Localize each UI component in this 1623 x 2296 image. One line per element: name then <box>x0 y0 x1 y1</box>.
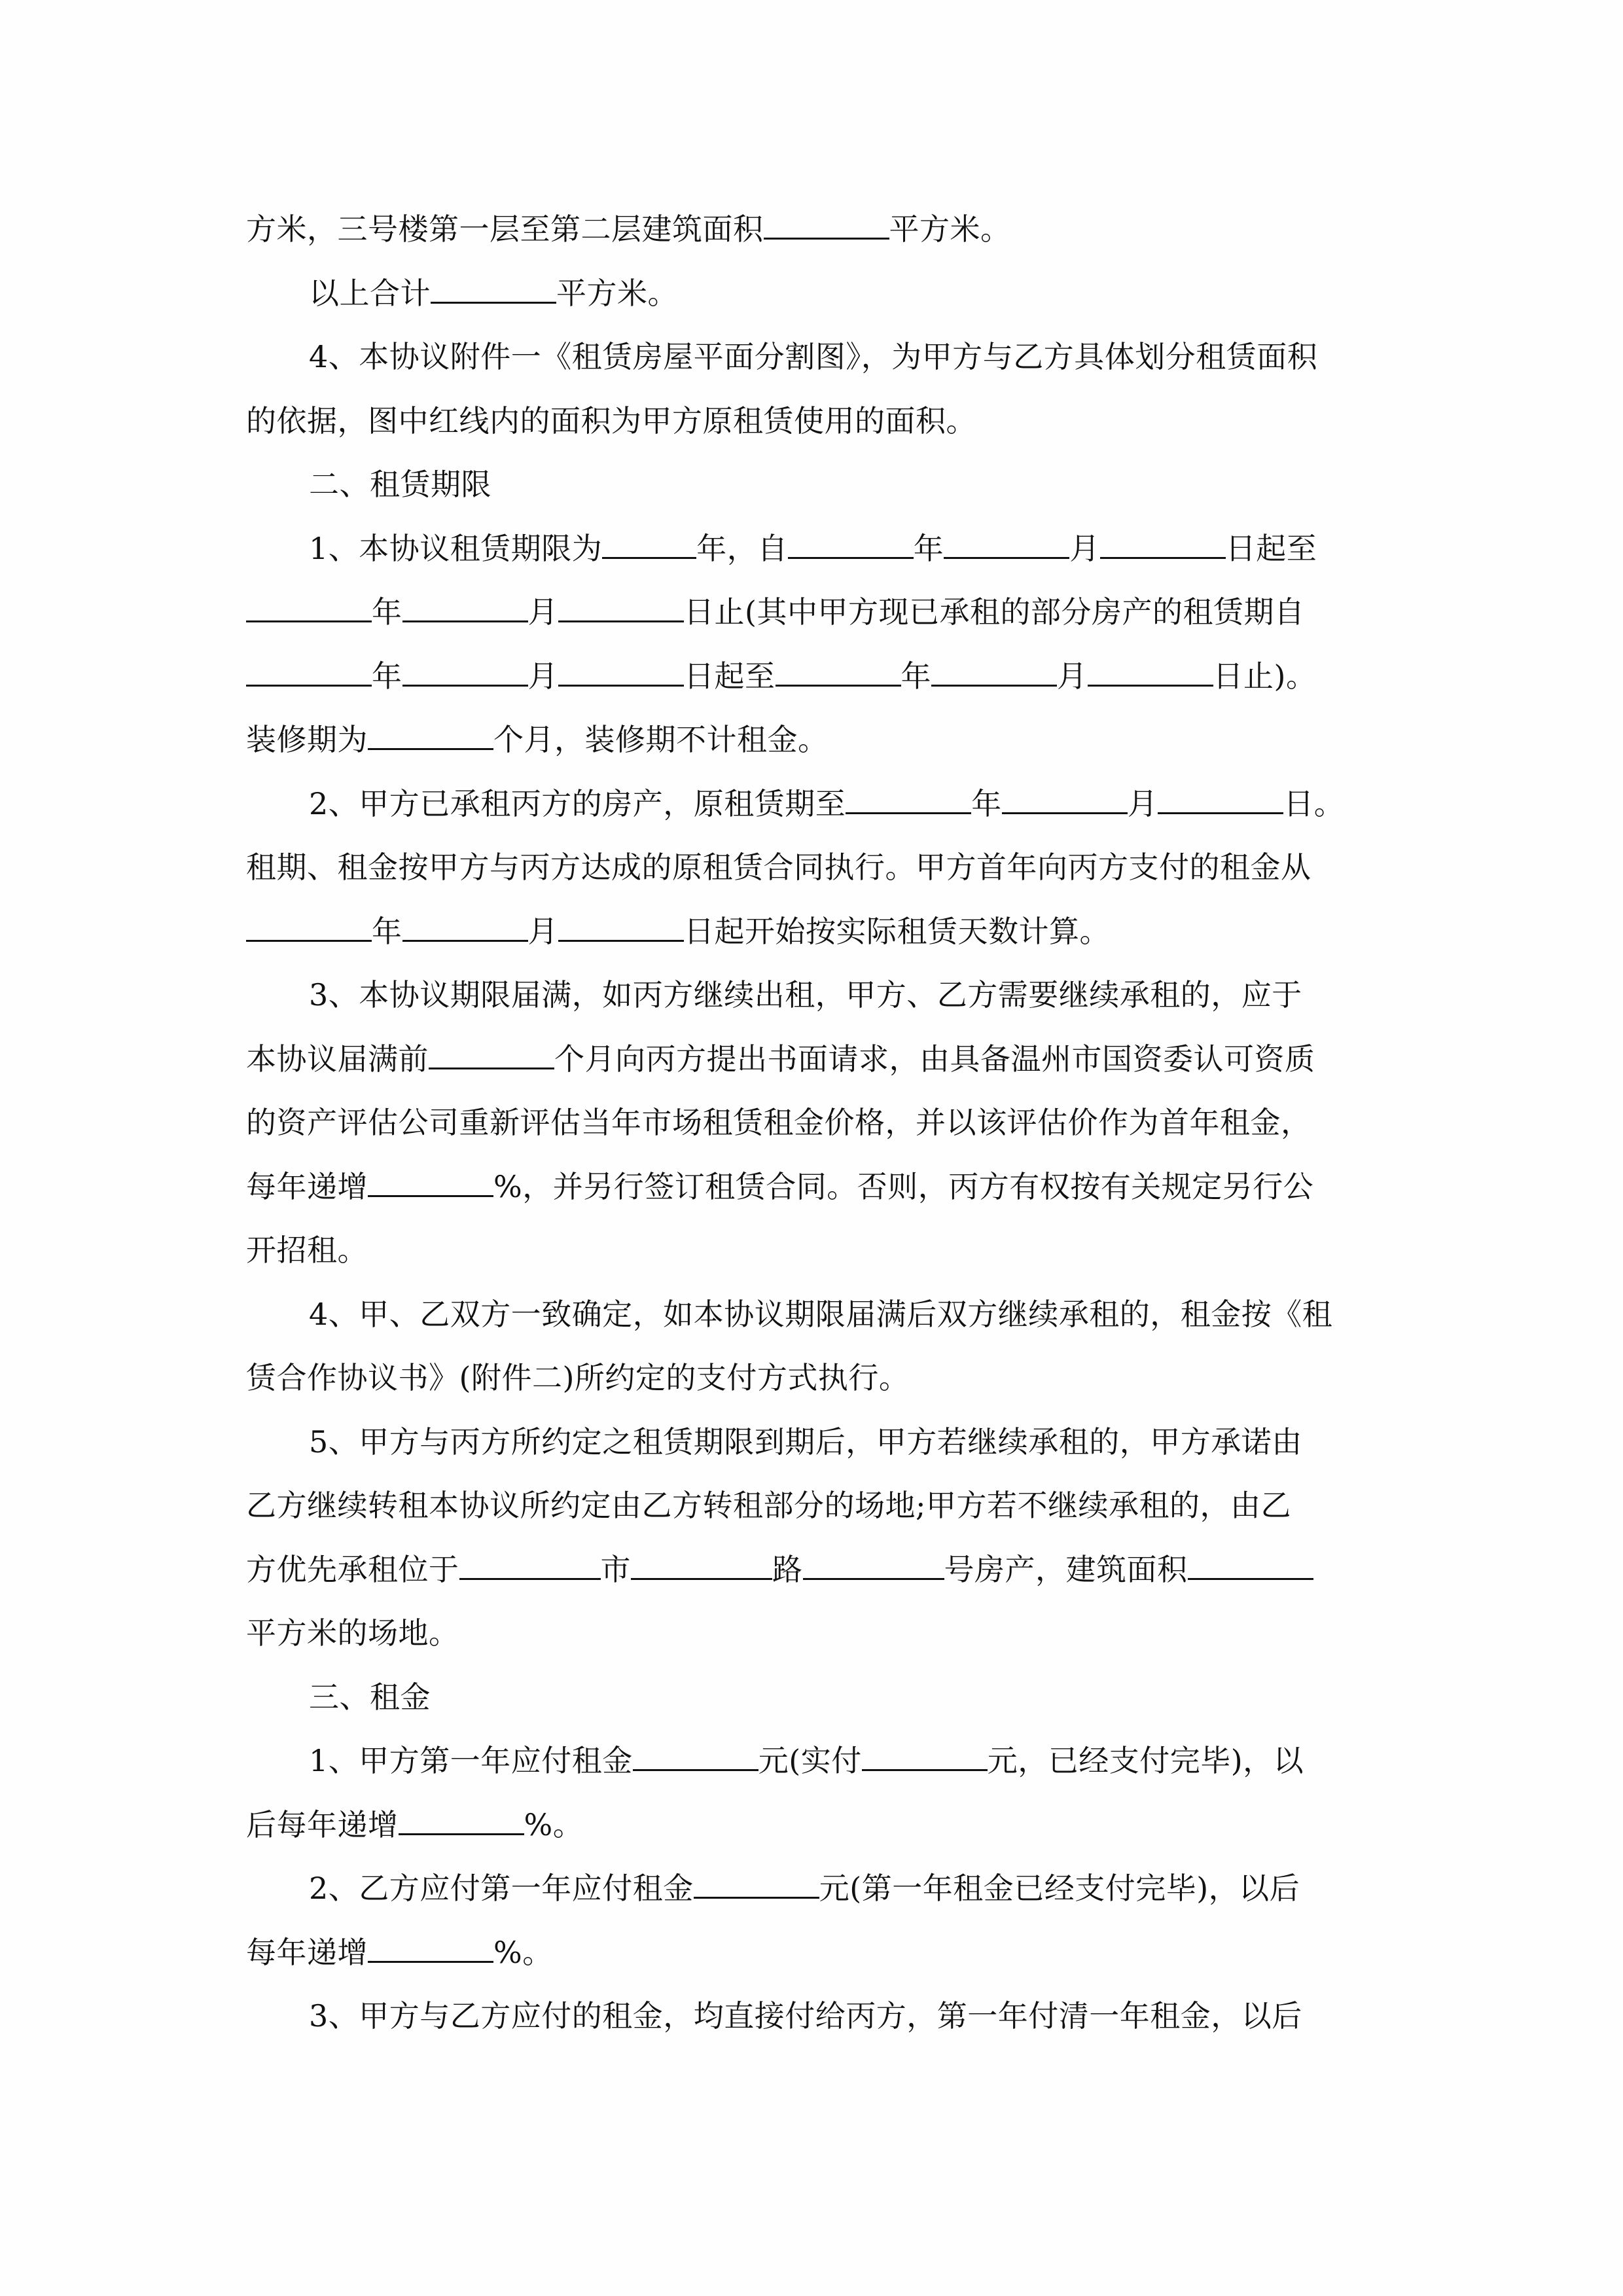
fill-in-blank[interactable] <box>399 1809 524 1835</box>
text-segment: 后每年递增 <box>246 1805 399 1844</box>
text-segment: 市 <box>601 1550 632 1589</box>
text-segment: 月 <box>528 592 559 632</box>
text-line: 3、本协议期限届满，如丙方继续出租，甲方、乙方需要继续承租的，应于 <box>309 975 1448 1014</box>
text-segment: 年，自 <box>696 529 788 568</box>
text-segment: 日。 <box>1283 784 1344 823</box>
fill-in-blank[interactable] <box>402 916 528 942</box>
fill-in-blank[interactable] <box>246 916 372 942</box>
text-line: 年月日起开始按实际租赁天数计算。 <box>246 912 1385 951</box>
text-segment: 日起至 <box>1226 529 1317 568</box>
text-segment: 的资产评估公司重新评估当年市场租赁租金价格，并以该评估价作为首年租金， <box>246 1103 1311 1142</box>
text-segment: 方米，三号楼第一层至第二层建筑面积 <box>246 209 764 249</box>
fill-in-blank[interactable] <box>558 660 684 687</box>
fill-in-blank[interactable] <box>1158 788 1283 814</box>
text-line: 5、甲方与丙方所约定之租赁期限到期后，甲方若继续承租的，甲方承诺由 <box>309 1422 1448 1462</box>
text-line: 方米，三号楼第一层至第二层建筑面积平方米。 <box>246 209 1385 249</box>
text-segment: 元，已经支付完毕)，以 <box>988 1741 1304 1780</box>
fill-in-blank[interactable] <box>1100 533 1226 559</box>
fill-in-blank[interactable] <box>631 1554 772 1580</box>
text-line: 1、甲方第一年应付租金元(实付元，已经支付完毕)，以 <box>309 1741 1448 1780</box>
fill-in-blank[interactable] <box>1088 660 1213 687</box>
text-line: 1、本协议租赁期限为年，自年月日起至 <box>309 529 1448 568</box>
text-segment: 号房产，建筑面积 <box>944 1550 1188 1589</box>
text-line: 以上合计平方米。 <box>309 274 1448 313</box>
text-line: 的依据，图中红线内的面积为甲方原租赁使用的面积。 <box>246 401 1385 440</box>
text-segment: 年 <box>901 656 932 696</box>
text-line: 2、乙方应付第一年应付租金元(第一年租金已经支付完毕)，以后 <box>309 1869 1448 1908</box>
text-segment: 年 <box>971 784 1002 823</box>
text-segment: 三、租金 <box>309 1677 431 1717</box>
text-segment: 日起开始按实际租赁天数计算。 <box>684 912 1110 951</box>
text-segment: 年 <box>372 912 402 951</box>
fill-in-blank[interactable] <box>402 596 528 622</box>
fill-in-blank[interactable] <box>633 1745 758 1771</box>
fill-in-blank[interactable] <box>459 1554 601 1580</box>
text-line: 后每年递增%。 <box>246 1805 1385 1844</box>
fill-in-blank[interactable] <box>944 533 1069 559</box>
text-segment: 本协议届满前 <box>246 1039 429 1079</box>
text-segment: 1、甲方第一年应付租金 <box>309 1741 633 1780</box>
text-line: 本协议届满前个月向丙方提出书面请求，由具备温州市国资委认可资质 <box>246 1039 1385 1079</box>
text-segment: 平方米的场地。 <box>246 1613 459 1653</box>
text-segment: %。 <box>524 1805 584 1844</box>
text-segment: 装修期为 <box>246 720 368 759</box>
text-segment: 个月向丙方提出书面请求，由具备温州市国资委认可资质 <box>554 1039 1315 1079</box>
text-segment: 平方米。 <box>889 209 1011 249</box>
text-line: 乙方继续转租本协议所约定由乙方转租部分的场地;甲方若不继续承租的，由乙 <box>246 1486 1385 1525</box>
fill-in-blank[interactable] <box>764 213 889 240</box>
fill-in-blank[interactable] <box>431 278 556 304</box>
text-segment: 4、甲、乙双方一致确定，如本协议期限届满后双方继续承租的，租金按《租 <box>309 1295 1332 1334</box>
document-page: 方米，三号楼第一层至第二层建筑面积平方米。以上合计平方米。4、本协议附件一《租赁… <box>0 0 1623 2296</box>
text-segment: 月 <box>1057 656 1088 696</box>
text-segment: 2、乙方应付第一年应付租金 <box>309 1869 694 1908</box>
text-segment: 月 <box>528 656 559 696</box>
text-line: 3、甲方与乙方应付的租金，均直接付给丙方，第一年付清一年租金，以后 <box>309 1996 1448 2036</box>
text-segment: 个月，装修期不计租金。 <box>493 720 829 759</box>
text-line: 三、租金 <box>309 1677 1448 1717</box>
fill-in-blank[interactable] <box>246 660 372 687</box>
text-segment: 方优先承租位于 <box>246 1550 459 1589</box>
fill-in-blank[interactable] <box>368 1937 493 1963</box>
text-segment: 4、本协议附件一《租赁房屋平面分割图》，为甲方与乙方具体划分租赁面积 <box>309 337 1317 376</box>
fill-in-blank[interactable] <box>558 596 684 622</box>
text-segment: 元(实付 <box>758 1741 862 1780</box>
text-line: 平方米的场地。 <box>246 1613 1385 1653</box>
text-line: 年月日止(其中甲方现已承租的部分房产的租赁期自 <box>246 592 1385 632</box>
text-line: 装修期为个月，装修期不计租金。 <box>246 720 1385 759</box>
text-segment: 路 <box>772 1550 803 1589</box>
text-segment: 开招租。 <box>246 1230 368 1270</box>
text-line: 年月日起至年月日止)。 <box>246 656 1385 696</box>
text-segment: 每年递增 <box>246 1167 368 1206</box>
text-segment: 3、本协议期限届满，如丙方继续出租，甲方、乙方需要继续承租的，应于 <box>309 975 1302 1014</box>
text-segment: 元(第一年租金已经支付完毕)，以后 <box>819 1869 1300 1908</box>
text-segment: 2、甲方已承租丙方的房产，原租赁期至 <box>309 784 846 823</box>
text-line: 开招租。 <box>246 1230 1385 1270</box>
fill-in-blank[interactable] <box>694 1873 819 1899</box>
text-segment: 每年递增 <box>246 1933 368 1972</box>
fill-in-blank[interactable] <box>788 533 914 559</box>
text-segment: 1、本协议租赁期限为 <box>309 529 602 568</box>
text-segment: 租期、租金按甲方与丙方达成的原租赁合同执行。甲方首年向丙方支付的租金从 <box>246 848 1311 887</box>
text-segment: 日止(其中甲方现已承租的部分房产的租赁期自 <box>684 592 1304 632</box>
text-line: 每年递增%。 <box>246 1933 1385 1972</box>
fill-in-blank[interactable] <box>1188 1554 1313 1580</box>
text-segment: 3、甲方与乙方应付的租金，均直接付给丙方，第一年付清一年租金，以后 <box>309 1996 1302 2036</box>
text-segment: %，并另行签订租赁合同。否则，丙方有权按有关规定另行公 <box>493 1167 1313 1206</box>
fill-in-blank[interactable] <box>1002 788 1128 814</box>
fill-in-blank[interactable] <box>846 788 971 814</box>
text-segment: 年 <box>914 529 944 568</box>
text-line: 租期、租金按甲方与丙方达成的原租赁合同执行。甲方首年向丙方支付的租金从 <box>246 848 1385 887</box>
text-line: 4、甲、乙双方一致确定，如本协议期限届满后双方继续承租的，租金按《租 <box>309 1295 1448 1334</box>
text-line: 的资产评估公司重新评估当年市场租赁租金价格，并以该评估价作为首年租金， <box>246 1103 1385 1142</box>
fill-in-blank[interactable] <box>803 1554 944 1580</box>
text-segment: 月 <box>528 912 559 951</box>
text-segment: 年 <box>372 656 402 696</box>
text-segment: 年 <box>372 592 402 632</box>
text-segment: 二、租赁期限 <box>309 465 491 504</box>
text-line: 赁合作协议书》(附件二)所约定的支付方式执行。 <box>246 1358 1385 1397</box>
text-segment: 日起至 <box>684 656 776 696</box>
text-segment: 赁合作协议书》(附件二)所约定的支付方式执行。 <box>246 1358 909 1397</box>
text-line: 每年递增%，并另行签订租赁合同。否则，丙方有权按有关规定另行公 <box>246 1167 1385 1206</box>
text-segment: 以上合计 <box>309 274 431 313</box>
text-line: 方优先承租位于市路号房产，建筑面积 <box>246 1550 1385 1589</box>
text-segment: 日止)。 <box>1213 656 1317 696</box>
text-segment: 5、甲方与丙方所约定之租赁期限到期后，甲方若继续承租的，甲方承诺由 <box>309 1422 1302 1462</box>
text-segment: 平方米。 <box>556 274 678 313</box>
fill-in-blank[interactable] <box>246 596 372 622</box>
fill-in-blank[interactable] <box>429 1043 554 1069</box>
text-segment: 乙方继续转租本协议所约定由乙方转租部分的场地;甲方若不继续承租的，由乙 <box>246 1486 1291 1525</box>
fill-in-blank[interactable] <box>368 724 493 750</box>
fill-in-blank[interactable] <box>776 660 901 687</box>
fill-in-blank[interactable] <box>931 660 1057 687</box>
text-segment: 月 <box>1128 784 1158 823</box>
text-line: 2、甲方已承租丙方的房产，原租赁期至年月日。 <box>309 784 1448 823</box>
fill-in-blank[interactable] <box>602 533 696 559</box>
fill-in-blank[interactable] <box>402 660 528 687</box>
fill-in-blank[interactable] <box>368 1171 493 1197</box>
text-segment: 月 <box>1069 529 1100 568</box>
text-line: 4、本协议附件一《租赁房屋平面分割图》，为甲方与乙方具体划分租赁面积 <box>309 337 1448 376</box>
fill-in-blank[interactable] <box>862 1745 988 1771</box>
fill-in-blank[interactable] <box>558 916 684 942</box>
text-segment: 的依据，图中红线内的面积为甲方原租赁使用的面积。 <box>246 401 976 440</box>
text-segment: %。 <box>493 1933 553 1972</box>
text-line: 二、租赁期限 <box>309 465 1448 504</box>
